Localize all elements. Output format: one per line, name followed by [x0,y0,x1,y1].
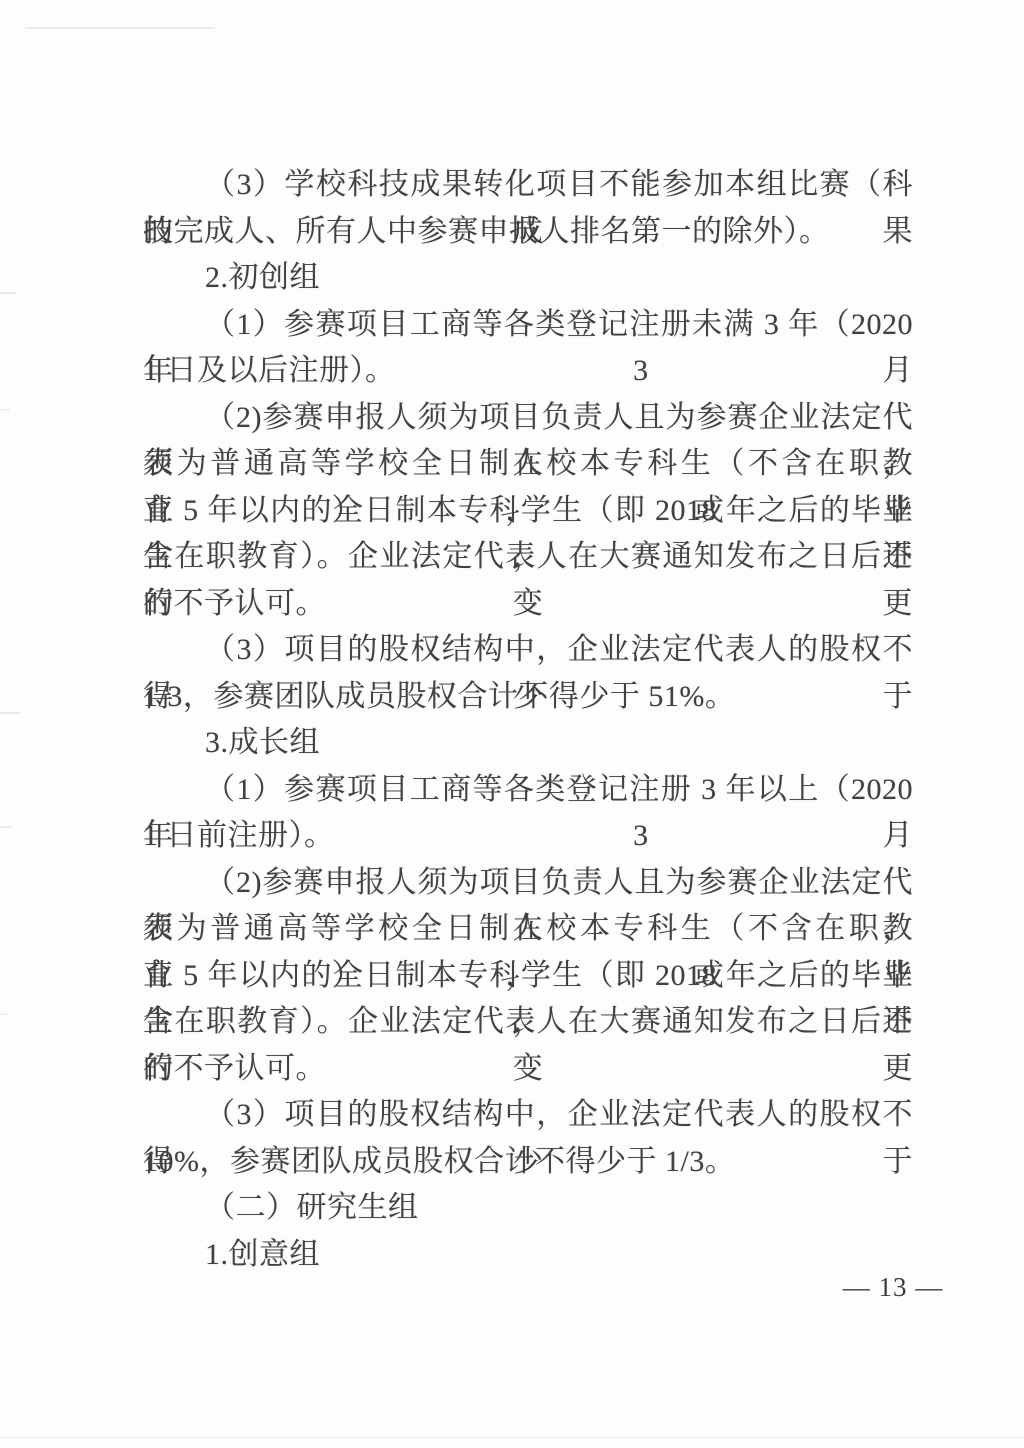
text-line: （2)参赛申报人须为项目负责人且为参赛企业法定代表人， [143,860,913,907]
section-heading: 3.成长组 [143,720,913,767]
text-line: （3）项目的股权结构中，企业法定代表人的股权不得少于 [143,627,913,674]
text-line: 业 5 年以内的全日制本专科学生（即 2018 年之后的毕业生，不 [143,488,913,535]
section-heading: （二）研究生组 [143,1185,913,1232]
text-line: 含在职教育）。企业法定代表人在大赛通知发布之日后进行变更 [143,534,913,581]
scan-artifact [0,1013,9,1015]
body-text: （3）学校科技成果转化项目不能参加本组比赛（科技成果 的完成人、所有人中参赛申报… [143,162,913,1278]
text-line: （1）参赛项目工商等各类登记注册 3 年以上（2020 年 3 月 [143,767,913,814]
scan-artifact [0,712,20,714]
text-line: （2)参赛申报人须为项目负责人且为参赛企业法定代表人， [143,395,913,442]
text-line: 须为普通高等学校全日制在校本专科生（不含在职教育），或毕 [143,906,913,953]
text-line: （3）学校科技成果转化项目不能参加本组比赛（科技成果 [143,162,913,209]
text-line: 含在职教育）。企业法定代表人在大赛通知发布之日后进行变更 [143,999,913,1046]
page-number: — 13 — [828,1272,958,1303]
text-line: 的完成人、所有人中参赛申报人排名第一的除外）。 [143,209,913,256]
text-line: 业 5 年以内的全日制本专科学生（即 2018 年之后的毕业生，不 [143,953,913,1000]
text-line: （3）项目的股权结构中，企业法定代表人的股权不得少于 [143,1092,913,1139]
scan-artifact [0,1437,1024,1438]
document-page: （3）学校科技成果转化项目不能参加本组比赛（科技成果 的完成人、所有人中参赛申报… [0,0,1024,1448]
scan-artifact [0,292,16,294]
section-heading: 1.创意组 [143,1232,913,1279]
text-line: （1）参赛项目工商等各类登记注册未满 3 年（2020 年 3 月 [143,302,913,349]
scan-artifact [0,409,10,411]
scan-artifact [0,826,12,828]
scan-artifact [25,27,215,29]
text-line: 须为普通高等学校全日制在校本专科生（不含在职教育），或毕 [143,441,913,488]
section-heading: 2.初创组 [143,255,913,302]
